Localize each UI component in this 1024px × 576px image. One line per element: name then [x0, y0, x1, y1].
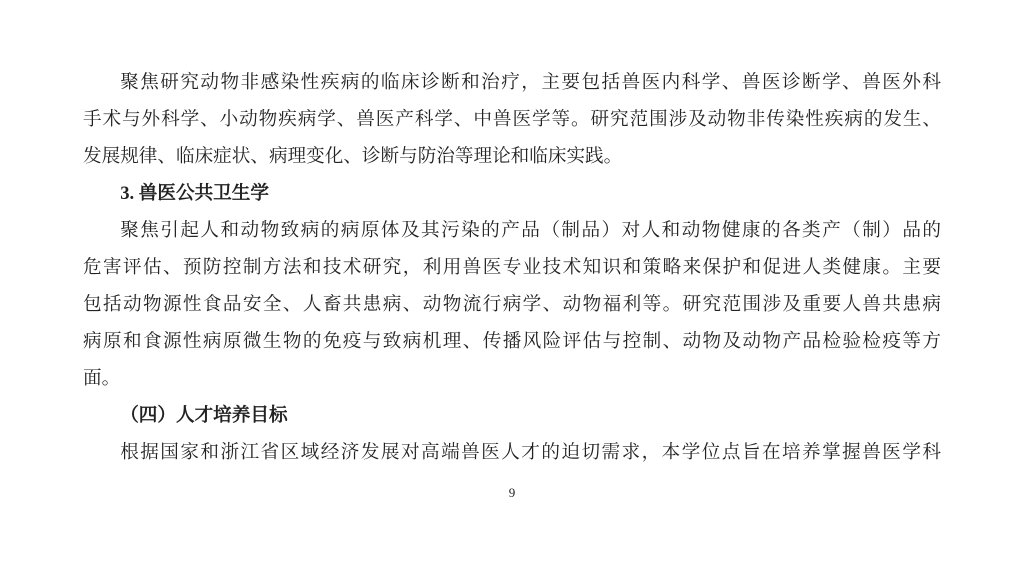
page-number: 9 — [0, 485, 1024, 500]
document-body: 聚焦研究动物非感染性疾病的临床诊断和治疗，主要包括兽医内科学、兽医诊断学、兽医外… — [83, 64, 941, 471]
paragraph-line: 发展规律、临床症状、病理变化、诊断与防治等理论和临床实践。 — [83, 138, 941, 175]
paragraph-line: 包括动物源性食品安全、人畜共患病、动物流行病学、动物福利等。研究范围涉及重要人兽… — [83, 286, 941, 323]
paragraph-line: 聚焦引起人和动物致病的病原体及其污染的产品（制品）对人和动物健康的各类产（制）品… — [83, 212, 941, 249]
paragraph-line: 病原和食源性病原微生物的免疫与致病机理、传播风险评估与控制、动物及动物产品检验检… — [83, 323, 941, 360]
paragraph-line: 危害评估、预防控制方法和技术研究，利用兽医专业技术知识和策略来保护和促进人类健康… — [83, 249, 941, 286]
paragraph-line: 根据国家和浙江省区域经济发展对高端兽医人才的迫切需求，本学位点旨在培养掌握兽医学… — [83, 434, 941, 471]
section-heading-veterinary-public-health: 3. 兽医公共卫生学 — [83, 175, 941, 212]
document-page: 聚焦研究动物非感染性疾病的临床诊断和治疗，主要包括兽医内科学、兽医诊断学、兽医外… — [0, 0, 1024, 576]
paragraph-line: 聚焦研究动物非感染性疾病的临床诊断和治疗，主要包括兽医内科学、兽医诊断学、兽医外… — [83, 64, 941, 101]
section-heading-talent-training-goal: （四）人才培养目标 — [83, 397, 941, 434]
paragraph-line: 面。 — [83, 360, 941, 397]
paragraph-line: 手术与外科学、小动物疾病学、兽医产科学、中兽医学等。研究范围涉及动物非传染性疾病… — [83, 101, 941, 138]
